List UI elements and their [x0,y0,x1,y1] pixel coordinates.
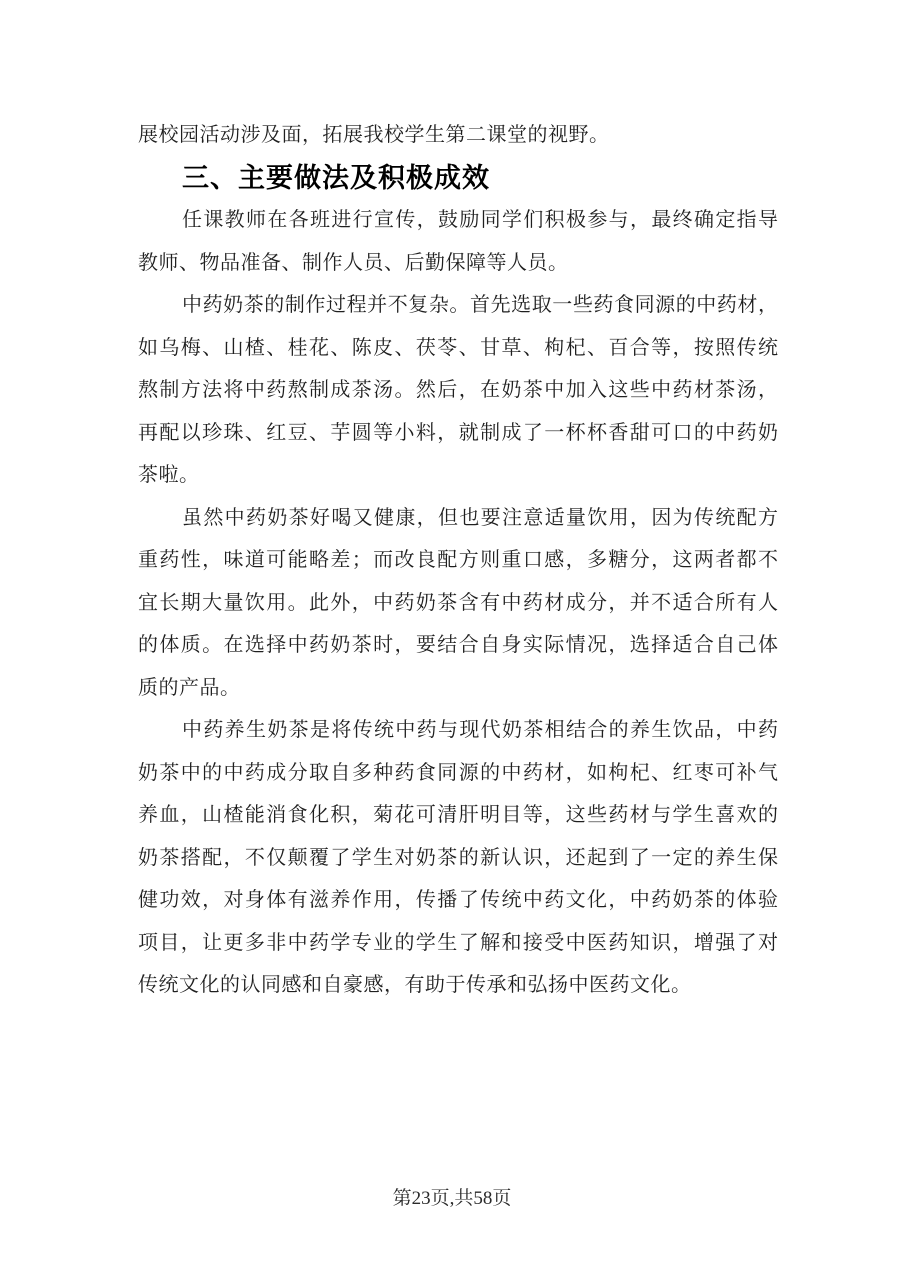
body-text-line: 熬制方法将中药熬制成茶汤。然后，在奶茶中加入这些中药材茶汤， [138,369,778,412]
body-text-line: 养血，山楂能消食化积，菊花可清肝明目等，这些药材与学生喜欢的 [138,794,778,837]
body-text-line: 项目，让更多非中药学专业的学生了解和接受中医药知识，增强了对 [138,922,778,965]
body-text-line: 健功效，对身体有滋养作用，传播了传统中药文化，中药奶茶的体验 [138,879,778,922]
body-text-line: 如乌梅、山楂、桂花、陈皮、茯苓、甘草、枸杞、百合等，按照传统 [138,327,778,370]
body-text-line: 任课教师在各班进行宣传，鼓励同学们积极参与，最终确定指导 [138,199,778,242]
body-text-line: 中药养生奶茶是将传统中药与现代奶茶相结合的养生饮品，中药 [138,709,778,752]
body-text-line: 茶啦。 [138,454,778,497]
page-number-label: 第23页,共58页 [393,1188,512,1209]
body-text-line: 的体质。在选择中药奶茶时，要结合自身实际情况，选择适合自己体 [138,624,778,667]
document-page: 展校园活动涉及面，拓展我校学生第二课堂的视野。三、主要做法及积极成效任课教师在各… [0,0,904,1280]
body-text-line: 重药性，味道可能略差；而改良配方则重口感，多糖分，这两者都不 [138,539,778,582]
body-text-line: 传统文化的认同感和自豪感，有助于传承和弘扬中医药文化。 [138,964,778,1007]
page-footer: 第23页,共58页 [0,1186,904,1212]
document-body: 展校园活动涉及面，拓展我校学生第二课堂的视野。三、主要做法及积极成效任课教师在各… [138,114,778,1007]
paragraph: 虽然中药奶茶好喝又健康，但也要注意适量饮用，因为传统配方重药性，味道可能略差；而… [138,497,778,710]
body-text-line: 再配以珍珠、红豆、芋圆等小料，就制成了一杯杯香甜可口的中药奶 [138,412,778,455]
body-text-line: 中药奶茶的制作过程并不复杂。首先选取一些药食同源的中药材， [138,284,778,327]
body-text-line: 宜长期大量饮用。此外，中药奶茶含有中药材成分，并不适合所有人 [138,582,778,625]
section-heading: 三、主要做法及积极成效 [138,157,778,200]
paragraph: 中药养生奶茶是将传统中药与现代奶茶相结合的养生饮品，中药奶茶中的中药成分取自多种… [138,709,778,1007]
paragraph: 任课教师在各班进行宣传，鼓励同学们积极参与，最终确定指导教师、物品准备、制作人员… [138,199,778,284]
paragraph: 展校园活动涉及面，拓展我校学生第二课堂的视野。 [138,114,778,157]
body-text-line: 虽然中药奶茶好喝又健康，但也要注意适量饮用，因为传统配方 [138,497,778,540]
body-text-line: 教师、物品准备、制作人员、后勤保障等人员。 [138,242,778,285]
paragraph: 中药奶茶的制作过程并不复杂。首先选取一些药食同源的中药材，如乌梅、山楂、桂花、陈… [138,284,778,497]
body-text-line: 奶茶中的中药成分取自多种药食同源的中药材，如枸杞、红枣可补气 [138,752,778,795]
heading-text-line: 三、主要做法及积极成效 [138,157,778,200]
body-text-line: 奶茶搭配，不仅颠覆了学生对奶茶的新认识，还起到了一定的养生保 [138,837,778,880]
body-text-line: 质的产品。 [138,667,778,710]
body-text-line: 展校园活动涉及面，拓展我校学生第二课堂的视野。 [138,114,778,157]
